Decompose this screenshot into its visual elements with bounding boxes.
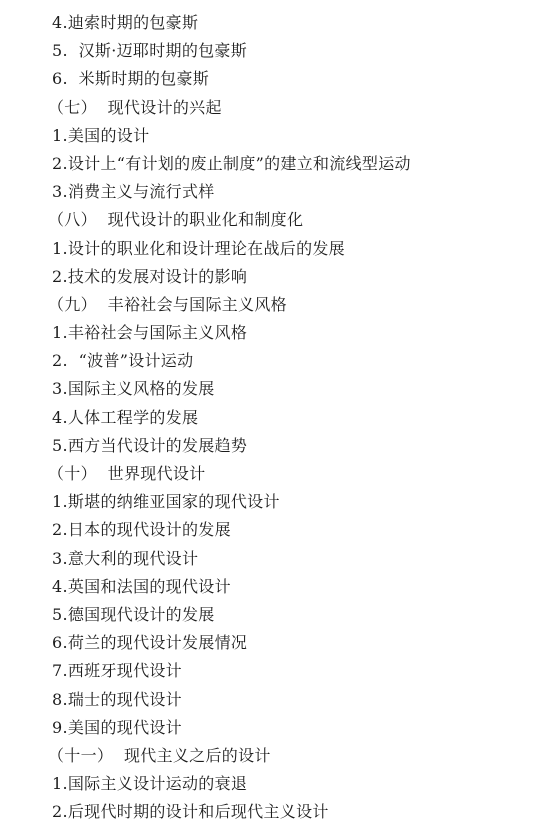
toc-item: 1.丰裕社会与国际主义风格 [52,319,535,347]
toc-item: 2. “波普”设计运动 [52,347,535,375]
toc-item: 4.迪索时期的包豪斯 [52,9,535,37]
toc-section-heading: （八） 现代设计的职业化和制度化 [48,206,535,234]
toc-item: 3.消费主义与流行式样 [52,178,535,206]
toc-item: 1.斯堪的纳维亚国家的现代设计 [52,488,535,516]
toc-item: 7.西班牙现代设计 [52,657,535,685]
toc-item: 6.荷兰的现代设计发展情况 [52,629,535,657]
toc-item: 4.英国和法国的现代设计 [52,573,535,601]
document-page: 4.迪索时期的包豪斯 5. 汉斯·迈耶时期的包豪斯 6. 米斯时期的包豪斯 （七… [0,0,553,838]
toc-item: 2.设计上“有计划的废止制度”的建立和流线型运动 [52,150,535,178]
toc-item: 2.后现代时期的设计和后现代主义设计 [52,798,535,826]
toc-section-heading: （十） 世界现代设计 [48,460,535,488]
toc-item: 6. 米斯时期的包豪斯 [52,65,535,93]
toc-item: 2.日本的现代设计的发展 [52,516,535,544]
toc-section-heading: （九） 丰裕社会与国际主义风格 [48,291,535,319]
toc-item: 8.瑞士的现代设计 [52,686,535,714]
toc-item: 1.国际主义设计运动的衰退 [52,770,535,798]
toc-section-heading: （十一） 现代主义之后的设计 [48,742,535,770]
toc-item: 5.西方当代设计的发展趋势 [52,432,535,460]
toc-item: 1.设计的职业化和设计理论在战后的发展 [52,235,535,263]
toc-item: 5.德国现代设计的发展 [52,601,535,629]
toc-item: 9.美国的现代设计 [52,714,535,742]
toc-item: 3.意大利的现代设计 [52,545,535,573]
toc-item: 3.国际主义风格的发展 [52,375,535,403]
toc-item: 1.美国的设计 [52,122,535,150]
toc-item: 5. 汉斯·迈耶时期的包豪斯 [52,37,535,65]
toc-item: 4.人体工程学的发展 [52,404,535,432]
toc-item: 2.技术的发展对设计的影响 [52,263,535,291]
toc-section-heading: （七） 现代设计的兴起 [48,94,535,122]
